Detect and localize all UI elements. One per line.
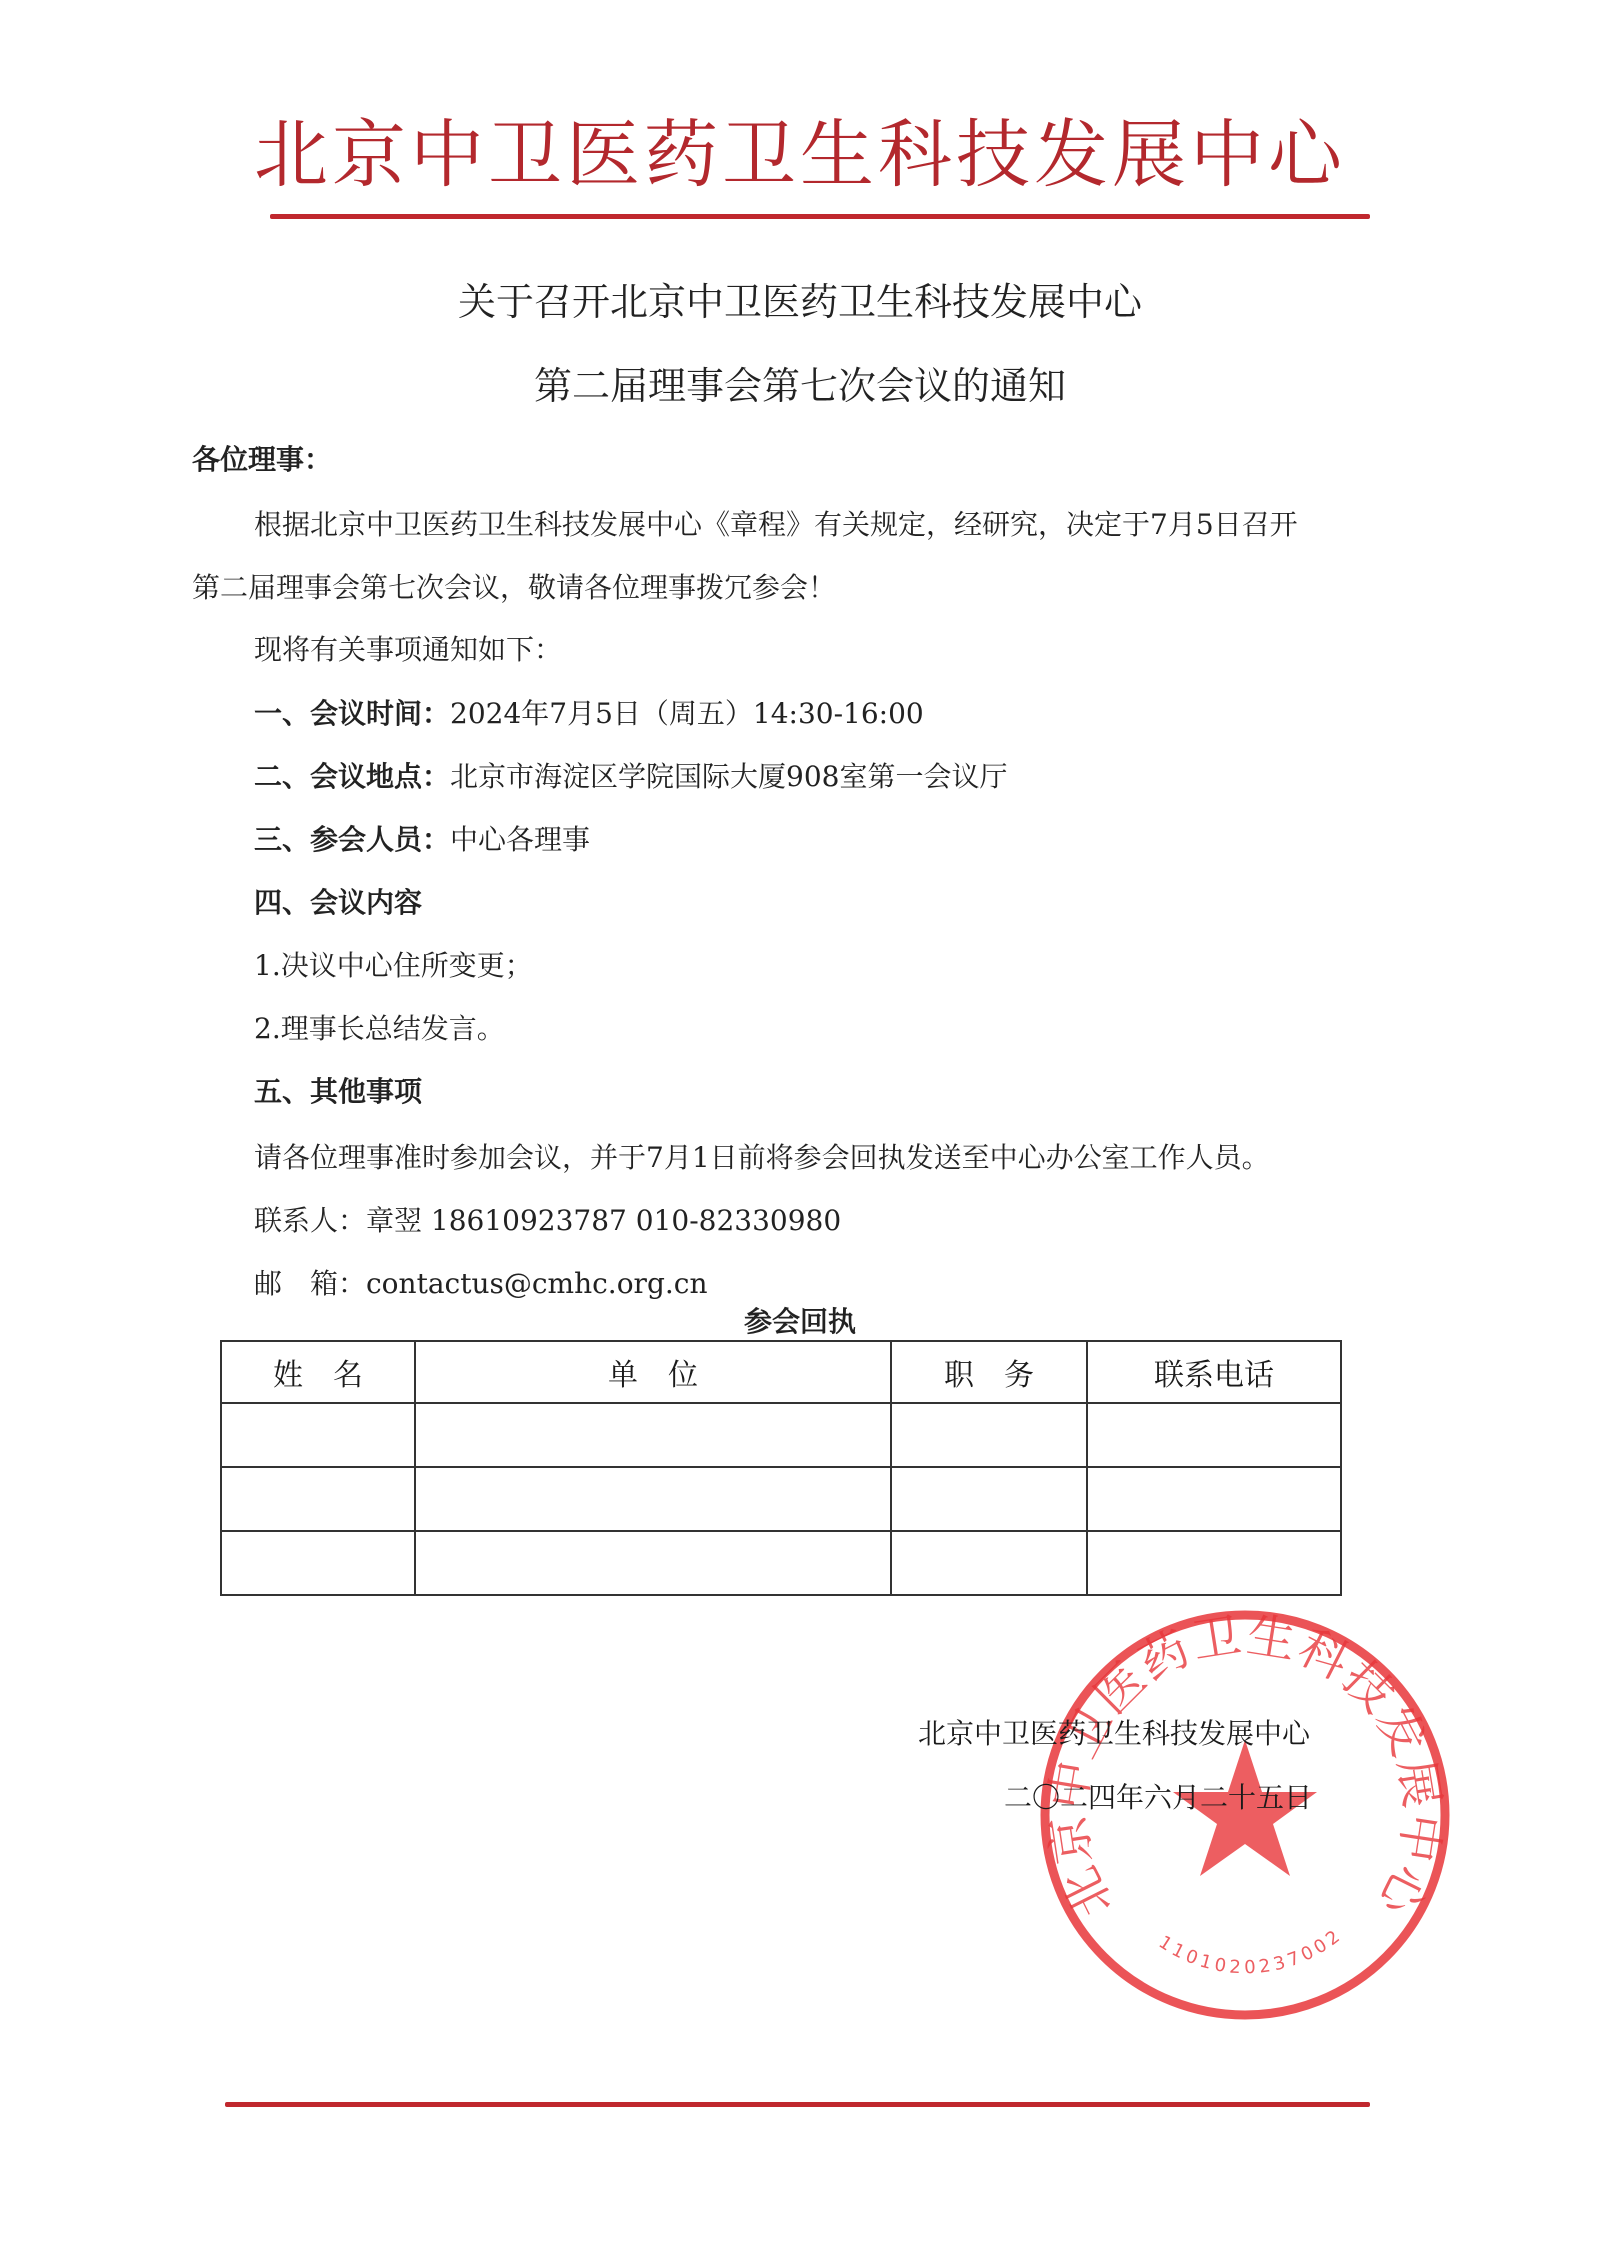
notice-lead: 现将有关事项通知如下： xyxy=(254,630,562,670)
col-header-phone: 联系电话 xyxy=(1087,1341,1341,1403)
item-label: 二、会议地点： xyxy=(254,760,450,793)
col-header-position: 职 务 xyxy=(891,1341,1087,1403)
cell-position[interactable] xyxy=(891,1531,1087,1595)
cell-unit[interactable] xyxy=(415,1467,891,1531)
other-matters-text: 请各位理事准时参加会议，并于7月1日前将参会回执发送至中心办公室工作人员。 xyxy=(254,1138,1270,1178)
receipt-title: 参会回执 xyxy=(0,1302,1600,1342)
item-value: 中心各理事 xyxy=(450,823,590,856)
receipt-table: 姓 名 单 位 职 务 联系电话 xyxy=(220,1340,1342,1596)
svg-text:1101020237002: 1101020237002 xyxy=(1155,1924,1347,1978)
signature-org: 北京中卫医药卫生科技发展中心 xyxy=(918,1712,1310,1752)
letterhead-org-name: 北京中卫医药卫生科技发展中心 xyxy=(0,100,1600,210)
cell-phone[interactable] xyxy=(1087,1403,1341,1467)
intro-line-2: 第二届理事会第七次会议，敬请各位理事拨冗参会！ xyxy=(192,568,836,608)
signature-date: 二〇二四年六月二十五日 xyxy=(1004,1776,1312,1816)
col-header-unit: 单 位 xyxy=(415,1341,891,1403)
item-label: 一、会议时间： xyxy=(254,697,450,730)
other-matters-heading: 五、其他事项 xyxy=(254,1072,422,1112)
cell-unit[interactable] xyxy=(415,1531,891,1595)
item-label: 三、参会人员： xyxy=(254,823,450,856)
agenda-item-1: 1.决议中心住所变更； xyxy=(254,946,533,986)
notice-title-line2: 第二届理事会第七次会议的通知 xyxy=(0,356,1600,416)
cell-phone[interactable] xyxy=(1087,1531,1341,1595)
cell-phone[interactable] xyxy=(1087,1467,1341,1531)
agenda-item-2: 2.理事长总结发言。 xyxy=(254,1009,505,1049)
contact-email: 邮 箱：contactus@cmhc.org.cn xyxy=(254,1264,707,1304)
table-row xyxy=(221,1467,1341,1531)
item-value: 北京市海淀区学院国际大厦908室第一会议厅 xyxy=(450,760,1007,793)
col-header-name: 姓 名 xyxy=(221,1341,415,1403)
item-value: 2024年7月5日（周五）14:30-16:00 xyxy=(450,697,924,730)
cell-name[interactable] xyxy=(221,1467,415,1531)
item-attendees: 三、参会人员：中心各理事 xyxy=(254,820,590,860)
cell-name[interactable] xyxy=(221,1403,415,1467)
item-meeting-location: 二、会议地点：北京市海淀区学院国际大厦908室第一会议厅 xyxy=(254,757,1007,797)
receipt-header-row: 姓 名 单 位 职 务 联系电话 xyxy=(221,1341,1341,1403)
contact-person: 联系人：章翌 18610923787 010-82330980 xyxy=(254,1201,841,1241)
cell-unit[interactable] xyxy=(415,1403,891,1467)
cell-position[interactable] xyxy=(891,1467,1087,1531)
cell-position[interactable] xyxy=(891,1403,1087,1467)
item-meeting-time: 一、会议时间：2024年7月5日（周五）14:30-16:00 xyxy=(254,694,924,734)
table-row xyxy=(221,1403,1341,1467)
letterhead-divider xyxy=(270,214,1370,219)
cell-name[interactable] xyxy=(221,1531,415,1595)
intro-line-1: 根据北京中卫医药卫生科技发展中心《章程》有关规定，经研究，决定于7月5日召开 xyxy=(254,505,1298,545)
salutation: 各位理事： xyxy=(192,440,332,480)
table-row xyxy=(221,1531,1341,1595)
notice-title-line1: 关于召开北京中卫医药卫生科技发展中心 xyxy=(0,272,1600,332)
footer-divider xyxy=(225,2102,1370,2107)
item-agenda-heading: 四、会议内容 xyxy=(254,883,422,923)
